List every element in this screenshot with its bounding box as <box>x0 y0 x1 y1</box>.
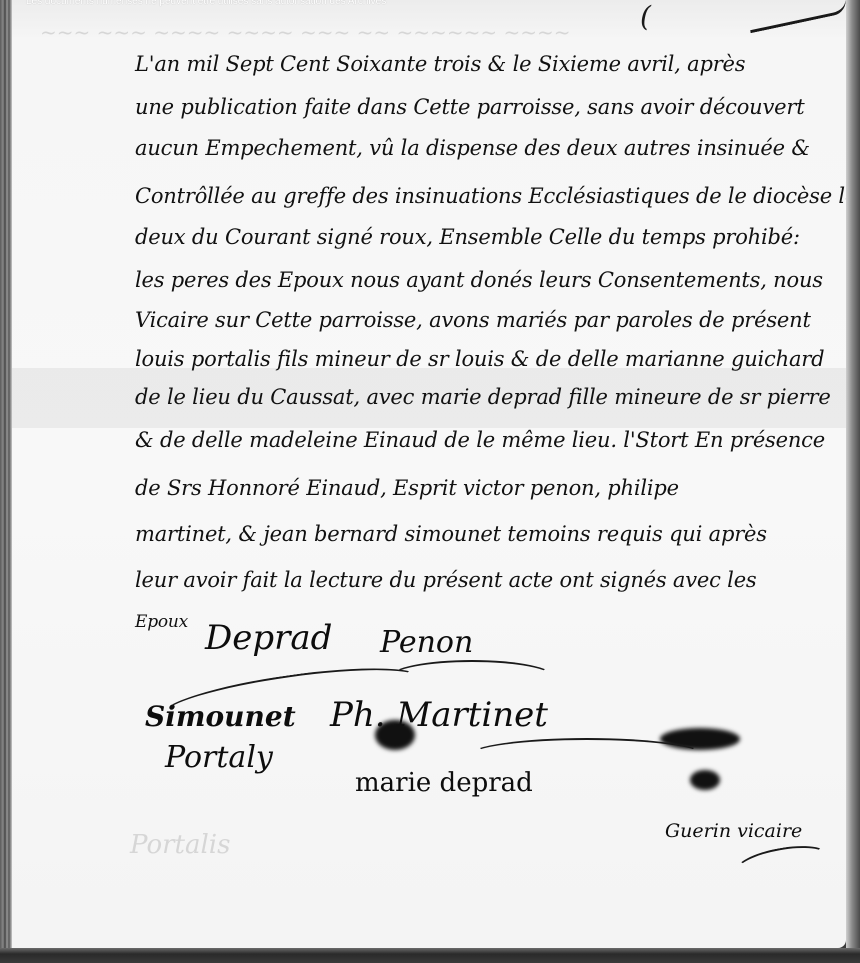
signature-guerin-vicaire: Guerin vicaire <box>665 820 802 842</box>
text-line-11: de Srs Honnoré Einaud, Esprit victor pen… <box>135 476 679 500</box>
signature-deprad: Deprad <box>205 618 332 658</box>
ink-blot <box>690 770 720 790</box>
folio-mark: ( <box>640 0 651 33</box>
page-bottom-edge <box>0 948 860 963</box>
text-line-13: leur avoir fait la lecture du présent ac… <box>135 568 757 592</box>
text-line-10: & de delle madeleine Einaud de le même l… <box>135 428 825 452</box>
text-line-6: les peres des Epoux nous ayant donés leu… <box>135 268 823 292</box>
document-viewer: ~~~ ~~~ ~~~~ ~~~~ ~~~ ~~ ~~~~~~ ~~~~ Por… <box>0 0 860 963</box>
text-line-1: L'an mil Sept Cent Soixante trois & le S… <box>135 52 745 76</box>
signature-portaly: Portaly <box>165 740 273 775</box>
scanned-page: ~~~ ~~~ ~~~~ ~~~~ ~~~ ~~ ~~~~~~ ~~~~ Por… <box>0 0 846 948</box>
text-line-9: de le lieu du Caussat, avec marie deprad… <box>135 385 831 409</box>
bleed-through-text: ~~~ ~~~ ~~~~ ~~~~ ~~~ ~~ ~~~~~~ ~~~~ <box>40 20 570 44</box>
text-line-12: martinet, & jean bernard simounet temoin… <box>135 522 767 546</box>
text-line-5: deux du Courant signé roux, Ensemble Cel… <box>135 225 800 249</box>
page-binding-edge <box>0 0 12 948</box>
signature-flourish <box>733 840 831 886</box>
text-line-2: une publication faite dans Cette parrois… <box>135 95 804 119</box>
text-line-3: aucun Empechement, vû la dispense des de… <box>135 136 810 160</box>
text-line-8: louis portalis fils mineur de sr louis &… <box>135 347 824 371</box>
signature-flourish <box>390 660 554 694</box>
archive-watermark: Les documents numérisés ne peuvent être … <box>26 0 386 7</box>
bleed-through-signature: Portalis <box>130 830 230 860</box>
signature-penon: Penon <box>380 625 473 660</box>
signature-flourish <box>470 738 704 772</box>
signature-simounet: Simounet <box>145 700 296 733</box>
page-right-edge <box>846 0 860 963</box>
folio-flourish <box>748 0 849 33</box>
ink-blot <box>375 720 415 750</box>
text-line-14: Epoux <box>135 612 188 632</box>
signature-marie-deprad: marie deprad <box>355 768 533 798</box>
text-line-4: Contrôllée au greffe des insinuations Ec… <box>135 184 857 208</box>
signature-martinet: Ph. Martinet <box>330 695 548 735</box>
text-line-7: Vicaire sur Cette parroisse, avons marié… <box>135 308 811 332</box>
